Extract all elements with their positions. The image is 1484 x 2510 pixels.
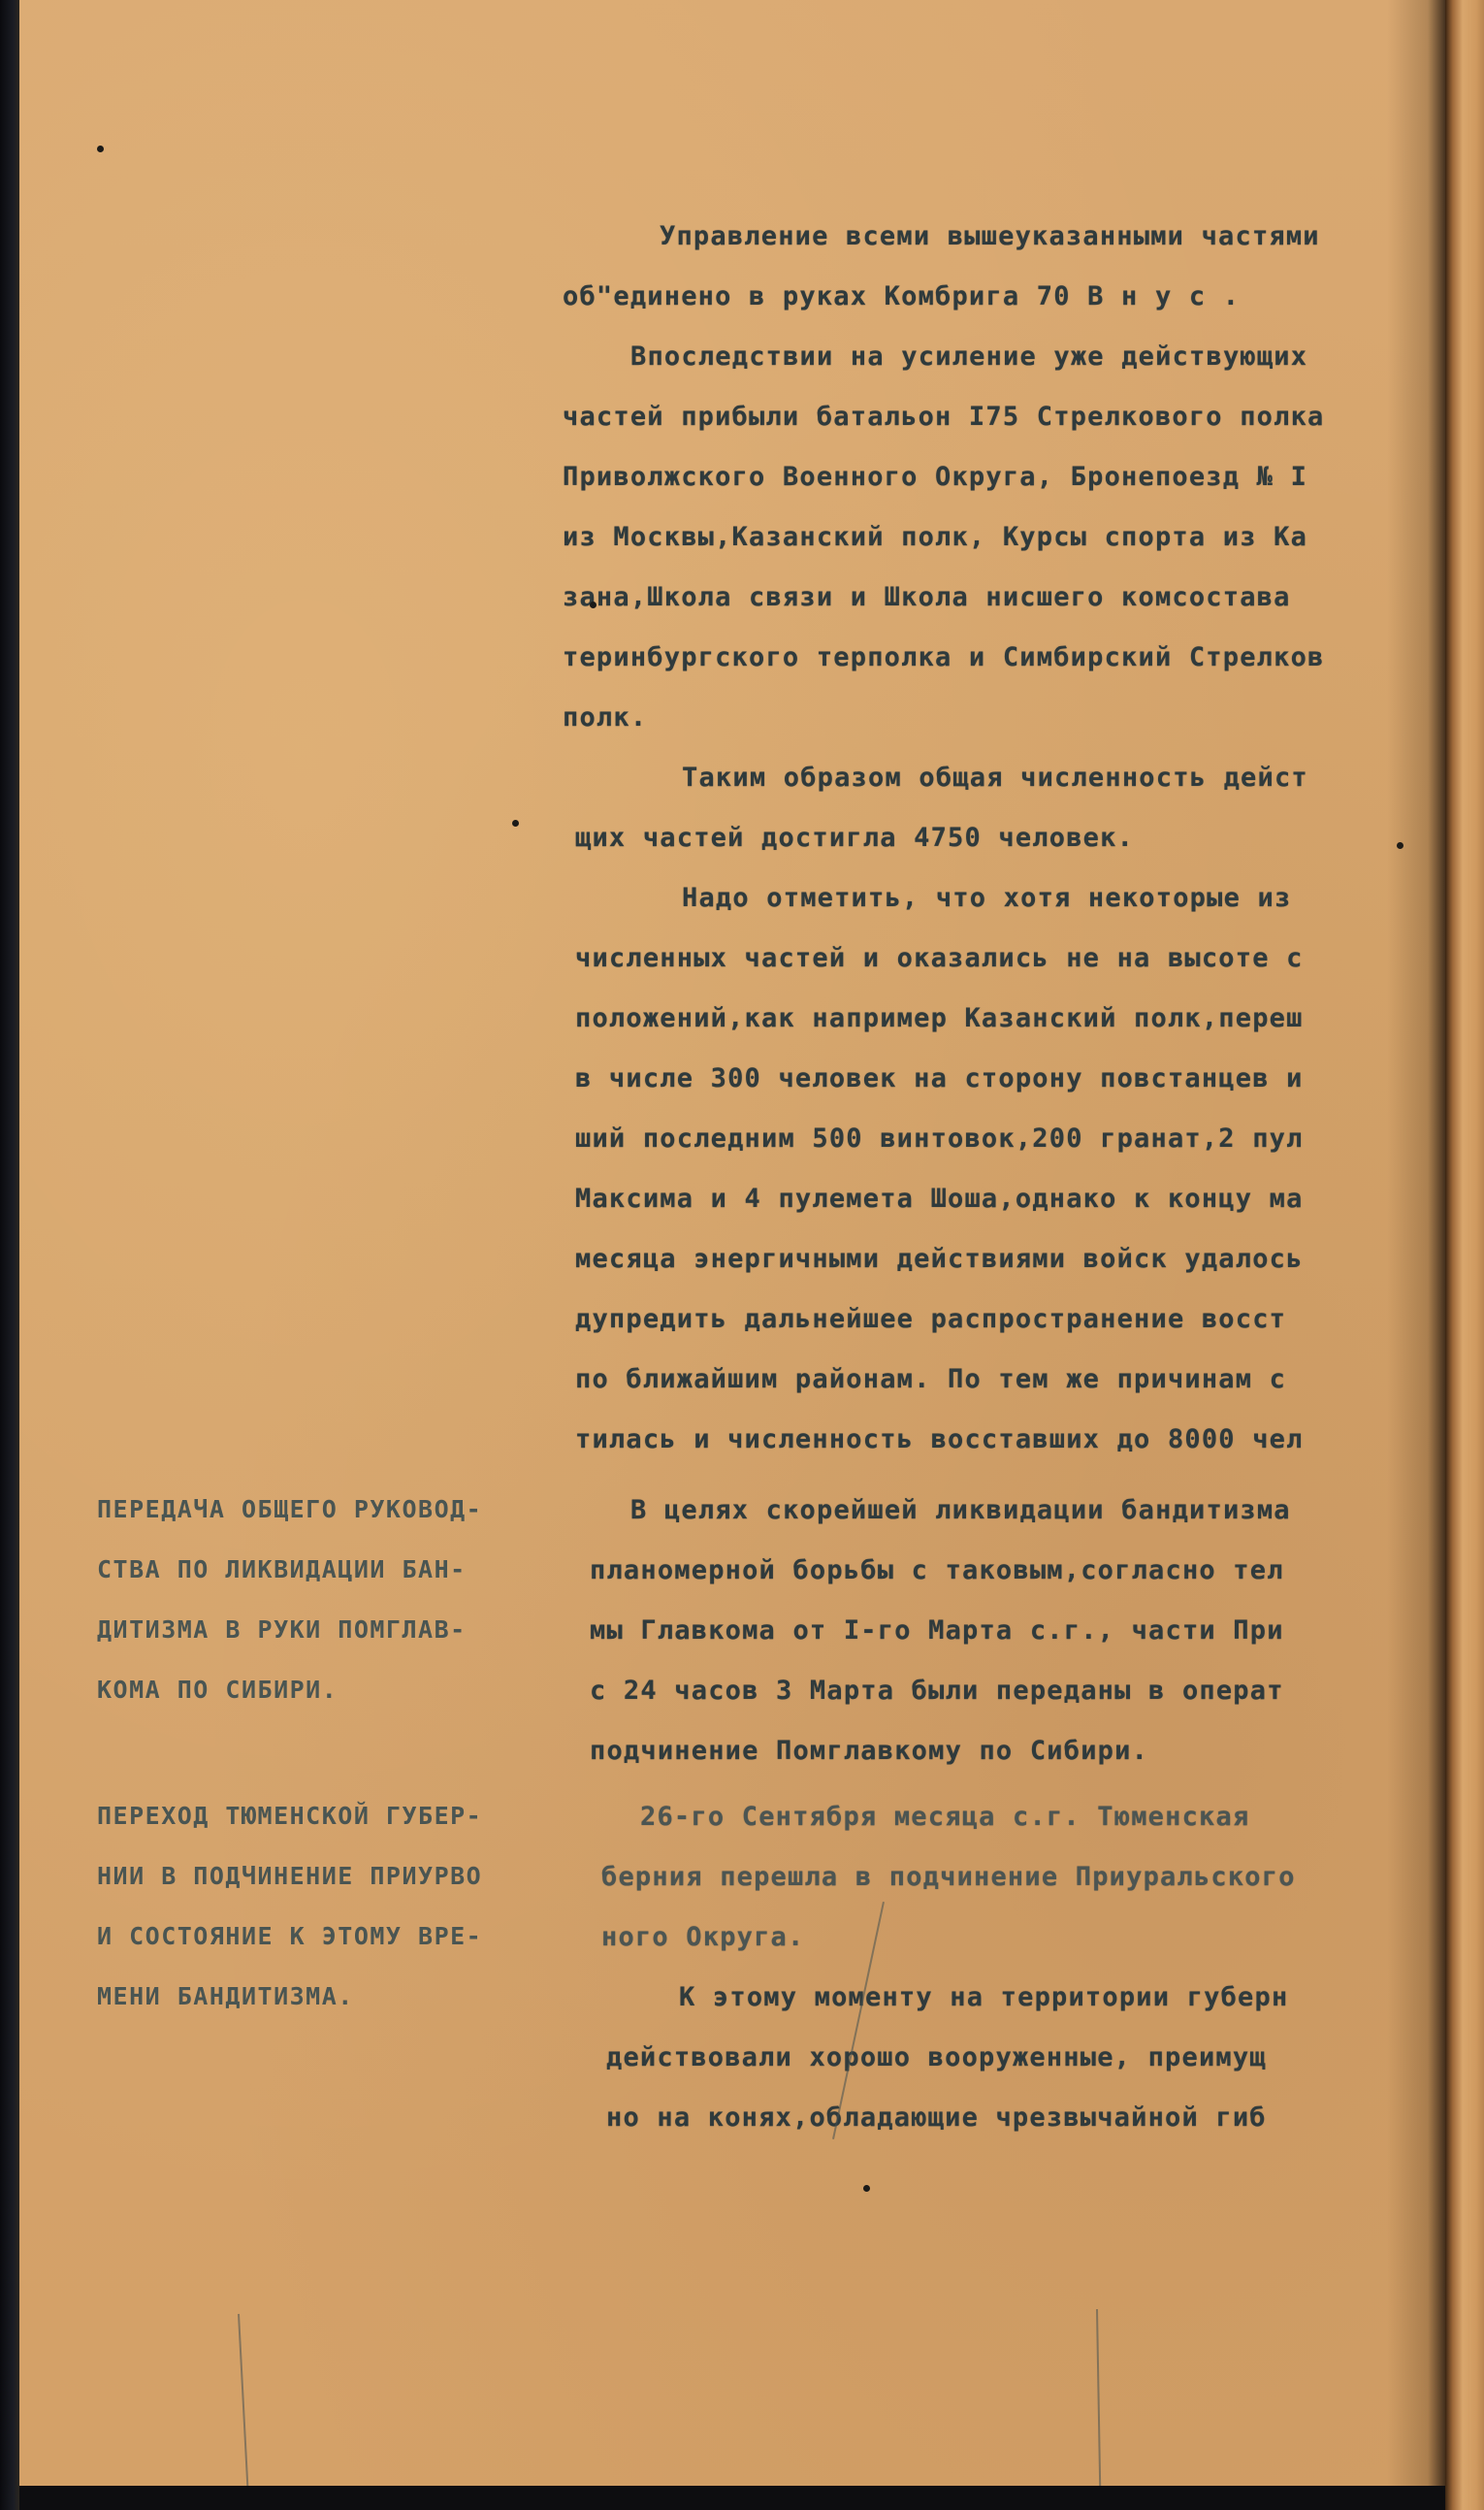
ink-speck [863,2185,870,2192]
body-line: Впоследствии на усиление уже действующих [630,342,1307,372]
scan-left-edge [0,0,19,2510]
body-line: в числе 300 человек на сторону повстанце… [575,1063,1304,1093]
margin-note-line: СТВА ПО ЛИКВИДАЦИИ БАН- [97,1555,467,1583]
body-line: 26-го Сентября месяца с.г. Тюменская [640,1802,1249,1832]
body-line: Приволжского Военного Округа, Бронепоезд… [563,462,1307,492]
body-line: полк. [563,702,647,733]
margin-note-line: МЕНИ БАНДИТИЗМА. [97,1982,354,2010]
margin-note-line: НИИ В ПОДЧИНЕНИЕ ПРИУРВО [97,1862,482,1890]
body-line: положений,как например Казанский полк,пе… [575,1003,1304,1033]
body-line: ший последним 500 винтовок,200 гранат,2 … [575,1124,1304,1154]
pencil-scratch [238,2314,249,2498]
body-line: частей прибыли батальон I75 Стрелкового … [563,402,1325,432]
document-page: Управление всеми вышеуказанными частями … [19,0,1445,2486]
body-line: мы Главкома от I-го Марта с.г., части Пр… [590,1615,1284,1646]
body-line: планомерной борьбы с таковым,согласно те… [590,1555,1284,1585]
body-line: В целях скорейшей ликвидации бандитизма [630,1495,1291,1525]
body-line: теринбургского терполка и Симбирский Стр… [563,642,1325,672]
body-line: Максима и 4 пулемета Шоша,однако к концу… [575,1184,1304,1214]
ink-speck [1397,842,1403,849]
body-line: подчинение Помглавкому по Сибири. [590,1736,1148,1766]
body-line: действовали хорошо вооруженные, преимущ [606,2042,1267,2072]
body-line: но на конях,обладающие чрезвычайной гиб [606,2103,1267,2133]
ink-speck [590,602,597,608]
body-line: дупредить дальнейшее распространение вос… [575,1304,1286,1334]
body-line: К этому моменту на территории губерн [679,1982,1288,2012]
margin-note-line: ПЕРЕДАЧА ОБЩЕГО РУКОВОД- [97,1495,482,1523]
body-line: Управление всеми вышеуказанными частями [660,221,1320,251]
body-line: по ближайшим районам. По тем же причинам… [575,1364,1286,1394]
body-line: щих частей достигла 4750 человек. [575,823,1134,853]
body-line: берния перешла в подчинение Приуральског… [601,1862,1296,1892]
body-line: численных частей и оказались не на высот… [575,943,1304,973]
adjacent-page-edge [1445,0,1484,2510]
pencil-scratch [1096,2309,1101,2494]
body-line: с 24 часов 3 Марта были переданы в опера… [590,1676,1284,1706]
ink-speck [97,146,104,152]
margin-note-line: КОМА ПО СИБИРИ. [97,1676,338,1704]
body-line: Таким образом общая численность дейст [682,763,1308,793]
body-line: Надо отметить, что хотя некоторые из [682,883,1291,913]
body-line: зана,Школа связи и Школа нисшего комсост… [563,582,1291,612]
margin-note-line: И СОСТОЯНИЕ К ЭТОМУ ВРЕ- [97,1922,482,1950]
body-line: об"единено в руках Комбрига 70 В н у с . [563,281,1240,311]
margin-note-line: ДИТИЗМА В РУКИ ПОМГЛАВ- [97,1615,467,1644]
body-line: месяца энергичными действиями войск удал… [575,1244,1304,1274]
margin-note-line: ПЕРЕХОД ТЮМЕНСКОЙ ГУБЕР- [97,1802,482,1830]
body-line: из Москвы,Казанский полк, Курсы спорта и… [563,522,1307,552]
ink-speck [512,820,519,827]
scan-bottom-edge [19,2486,1450,2510]
body-line: тилась и численность восставших до 8000 … [575,1424,1304,1454]
body-line: ного Округа. [601,1922,804,1952]
